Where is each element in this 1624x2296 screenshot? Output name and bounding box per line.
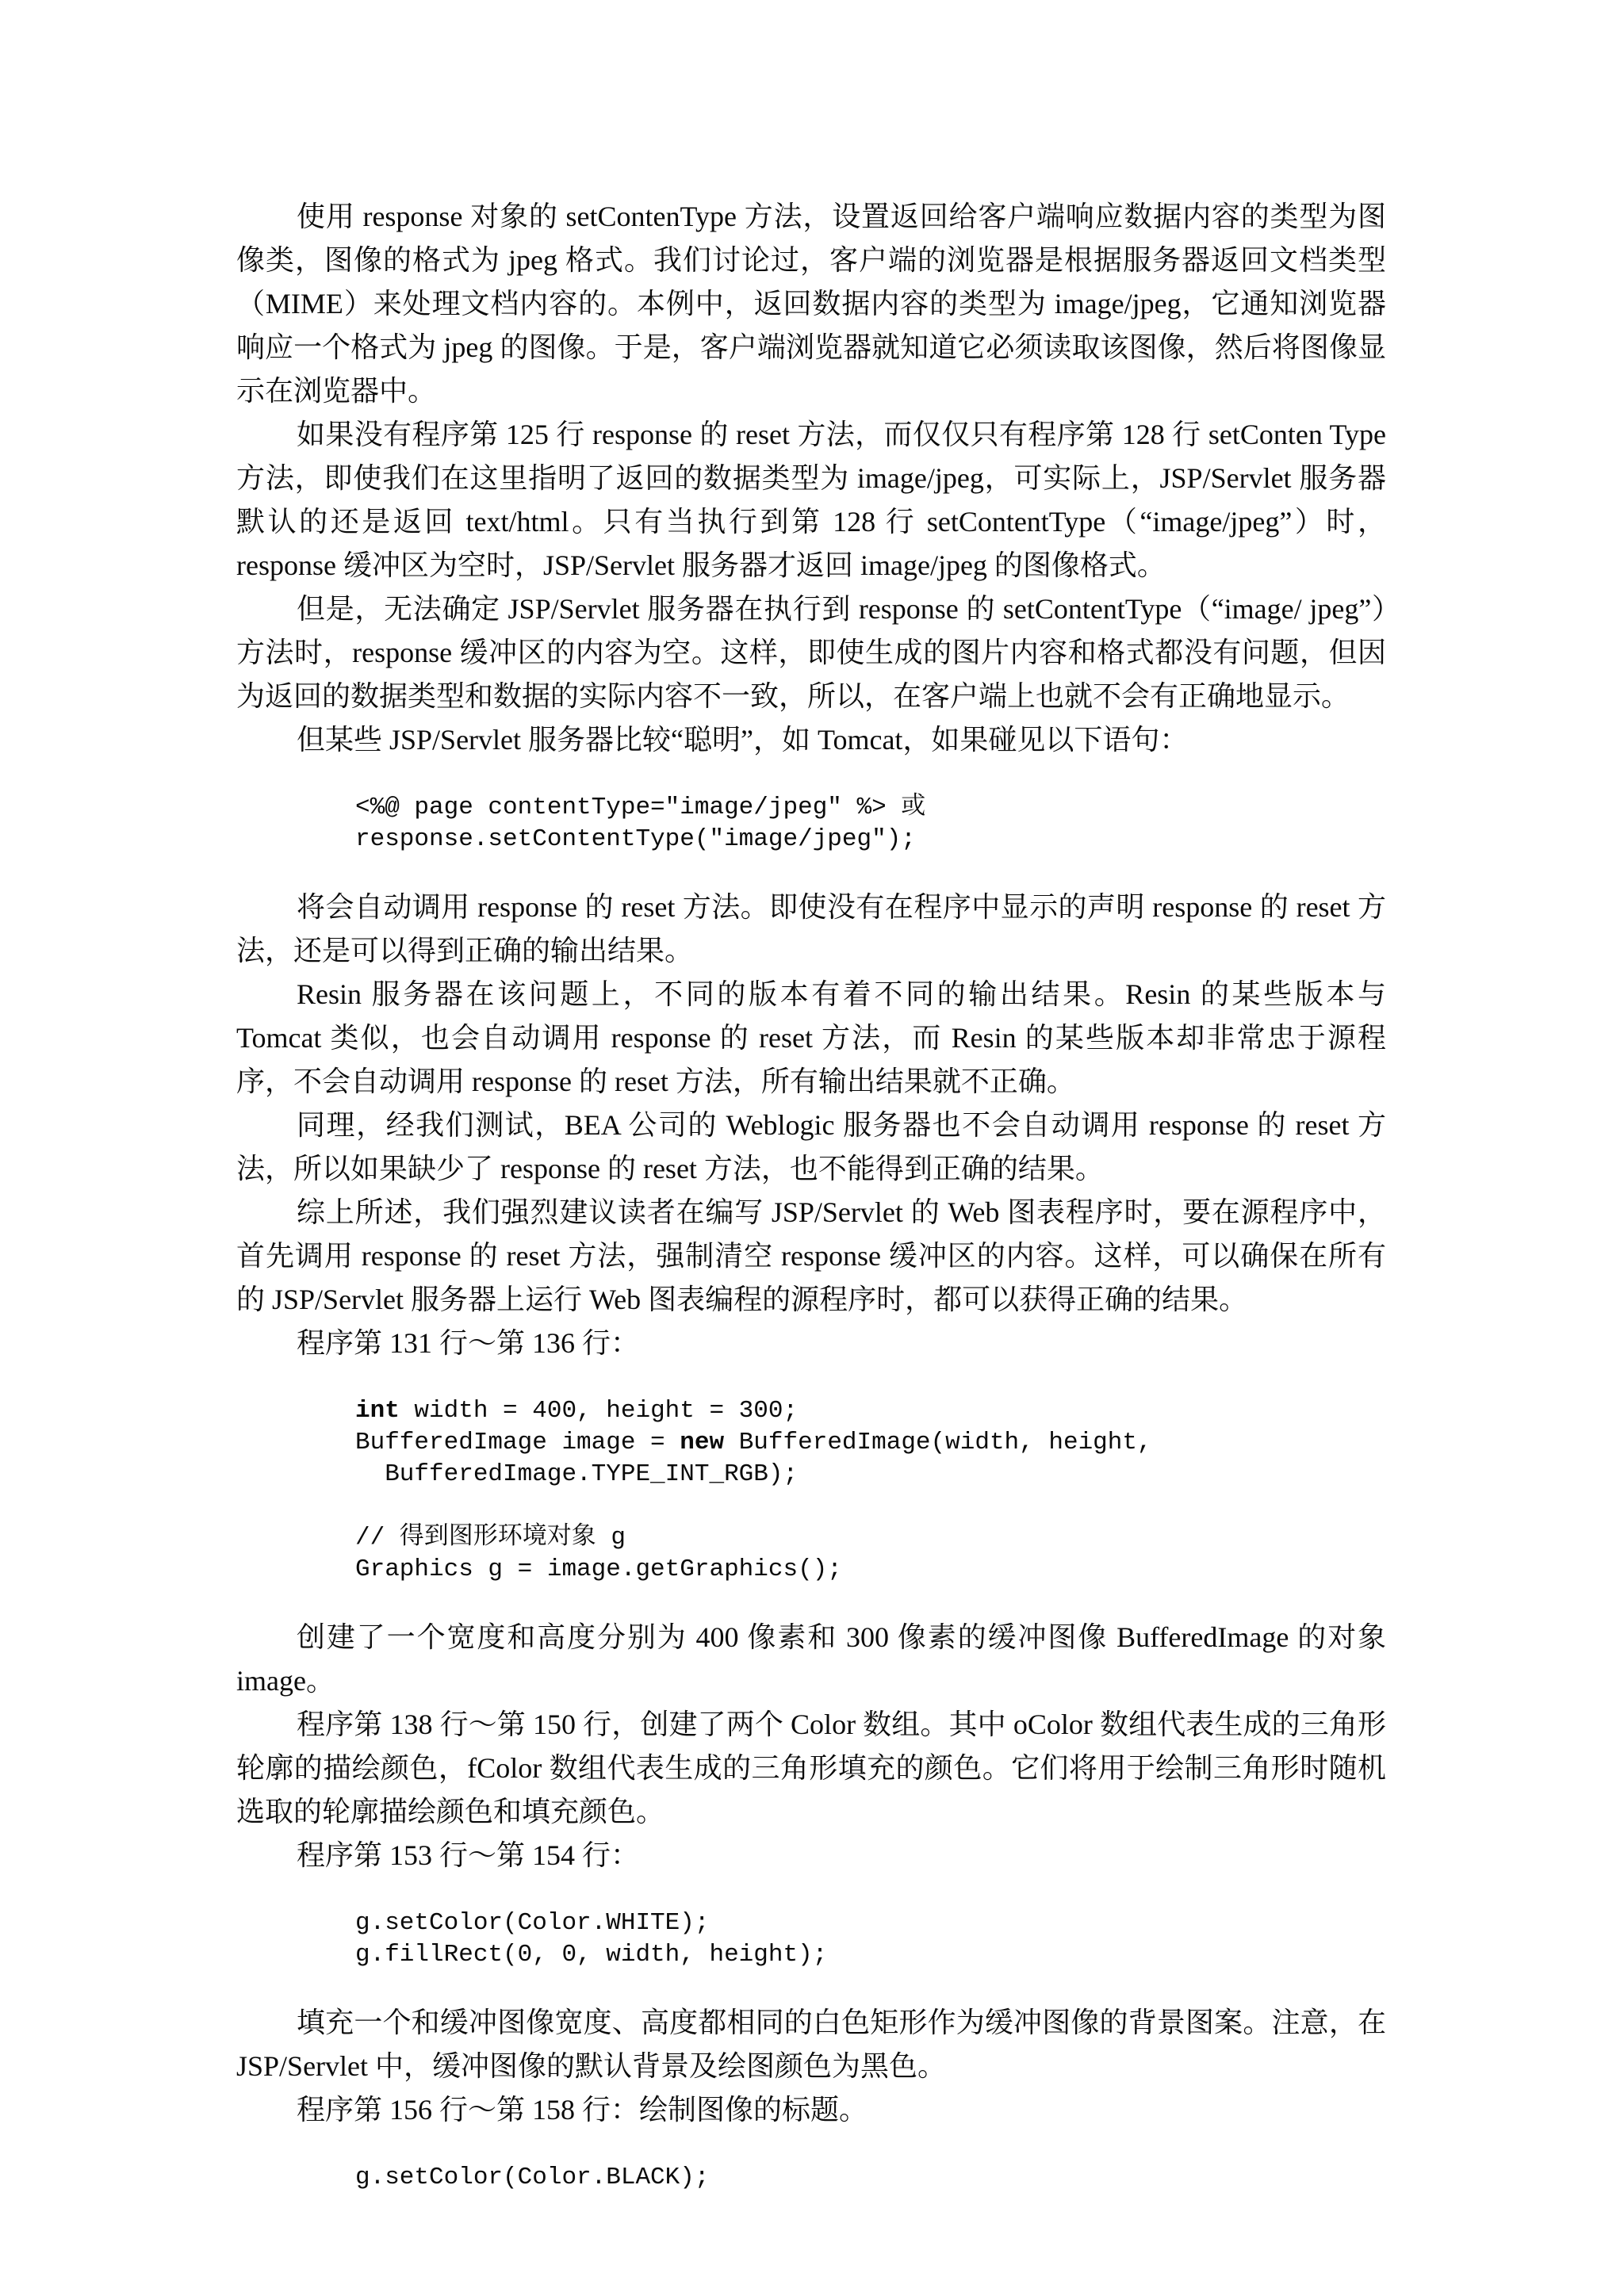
code-line-blank — [355, 1490, 1386, 1522]
paragraph-lines-156-158: 程序第 156 行～第 158 行：绘制图像的标题。 — [236, 2088, 1386, 2132]
paragraph-buffer-uncertain: 但是，无法确定 JSP/Servlet 服务器在执行到 response 的 s… — [236, 587, 1386, 718]
paragraph-color-arrays: 程序第 138 行～第 150 行，创建了两个 Color 数组。其中 oCol… — [236, 1703, 1386, 1834]
paragraph-reset-missing: 如果没有程序第 125 行 response 的 reset 方法，而仅仅只有程… — [236, 413, 1386, 587]
paragraph-response-settype: 使用 response 对象的 setContenType 方法，设置返回给客户… — [236, 195, 1386, 413]
paragraph-smart-servers: 但某些 JSP/Servlet 服务器比较“聪明”，如 Tomcat，如果碰见以… — [236, 718, 1386, 762]
code-line: g.setColor(Color.BLACK); — [355, 2162, 1386, 2194]
keyword-int: int — [355, 1397, 400, 1425]
code-block-setblack: g.setColor(Color.BLACK); — [355, 2162, 1386, 2194]
code-block-fillrect: g.setColor(Color.WHITE);g.fillRect(0, 0,… — [355, 1908, 1386, 1971]
paragraph-lines-131-136: 程序第 131 行～第 136 行： — [236, 1322, 1386, 1365]
paragraph-weblogic: 同理，经我们测试，BEA 公司的 Weblogic 服务器也不会自动调用 res… — [236, 1104, 1386, 1191]
paragraph-resin-versions: Resin 服务器在该问题上，不同的版本有着不同的输出结果。Resin 的某些版… — [236, 973, 1386, 1104]
code-line: response.setContentType("image/jpeg"); — [355, 824, 1386, 855]
paragraph-auto-reset: 将会自动调用 response 的 reset 方法。即使没有在程序中显示的声明… — [236, 886, 1386, 973]
code-line: int width = 400, height = 300; — [355, 1395, 1386, 1427]
keyword-new: new — [680, 1429, 724, 1456]
code-line: Graphics g = image.getGraphics(); — [355, 1554, 1386, 1586]
paragraph-recommendation: 综上所述，我们强烈建议读者在编写 JSP/Servlet 的 Web 图表程序时… — [236, 1191, 1386, 1322]
document-page: 使用 response 对象的 setContenType 方法，设置返回给客户… — [0, 0, 1624, 2296]
code-line: BufferedImage image = new BufferedImage(… — [355, 1427, 1386, 1459]
code-line: g.setColor(Color.WHITE); — [355, 1908, 1386, 1939]
code-line: BufferedImage.TYPE_INT_RGB); — [355, 1459, 1386, 1490]
code-line: <%@ page contentType="image/jpeg" %> 或 — [355, 792, 1386, 824]
paragraph-created-buffer: 创建了一个宽度和高度分别为 400 像素和 300 像素的缓冲图像 Buffer… — [236, 1616, 1386, 1703]
code-line: g.fillRect(0, 0, width, height); — [355, 1939, 1386, 1971]
paragraph-white-background: 填充一个和缓冲图像宽度、高度都相同的白色矩形作为缓冲图像的背景图案。注意，在 J… — [236, 2001, 1386, 2088]
code-block-bufferedimage: int width = 400, height = 300;BufferedIm… — [355, 1395, 1386, 1586]
paragraph-lines-153-154: 程序第 153 行～第 154 行： — [236, 1834, 1386, 1877]
code-block-contenttype: <%@ page contentType="image/jpeg" %> 或re… — [355, 792, 1386, 855]
code-line-comment: // 得到图形环境对象 g — [355, 1522, 1386, 1554]
